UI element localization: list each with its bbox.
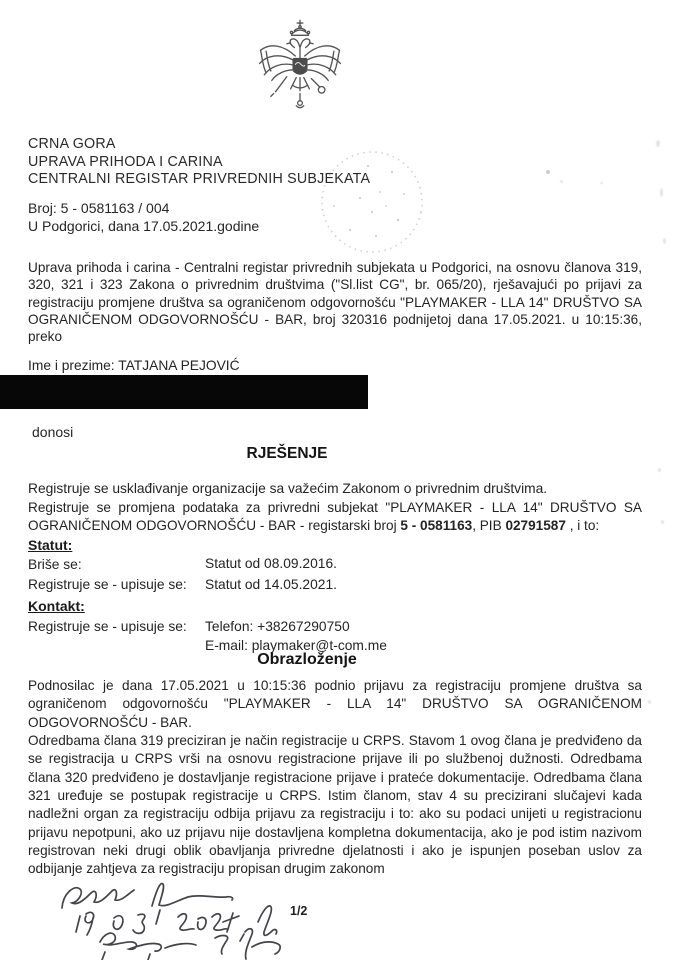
- obrazlozenje-paragraph-1: Podnosilac je dana 17.05.2021 u 10:15:36…: [28, 677, 642, 732]
- scan-speck: [560, 180, 563, 183]
- statut-row-label: Registruje se - upisuje se:: [28, 577, 187, 592]
- kontakt-phone-value: Telefon: +38267290750: [205, 619, 350, 634]
- submitter-name-line: Ime i prezime: TATJANA PEJOVIĆ: [28, 358, 240, 373]
- montenegro-coat-of-arms-icon: [253, 18, 347, 124]
- redaction-bar: [0, 375, 368, 409]
- scan-speck: [661, 520, 664, 524]
- decision-line2-seg: , i to:: [566, 518, 599, 533]
- statut-row: Registruje se - upisuje se: Statut od 14…: [28, 576, 628, 594]
- scan-speck: [656, 140, 660, 147]
- intro-paragraph: Uprava prihoda i carina - Centralni regi…: [28, 259, 642, 345]
- obrazlozenje-title: Obrazloženje: [0, 651, 614, 669]
- registry-number: 5 - 0581163: [400, 518, 472, 533]
- scan-speck: [600, 182, 603, 184]
- kontakt-heading: Kontakt:: [28, 598, 85, 614]
- scan-speck: [660, 188, 663, 197]
- decision-line2-seg: , PIB: [472, 518, 505, 533]
- kontakt-row-label: Registruje se - upisuje se:: [28, 619, 187, 634]
- document-page: CRNA GORA UPRAVA PRIHODA I CARINA CENTRA…: [0, 0, 679, 960]
- org-line-country: CRNA GORA: [28, 136, 370, 154]
- page-number: 1/2: [290, 904, 307, 918]
- decision-line2: Registruje se promjena podataka za privr…: [28, 499, 642, 535]
- donosi-word: donosi: [32, 424, 73, 442]
- obrazlozenje-paragraph-2: Odredbama člana 319 preciziran je način …: [28, 732, 642, 879]
- statut-row: Briše se: Statut od 08.09.2016.: [28, 556, 628, 574]
- pib-number: 02791587: [505, 518, 565, 533]
- case-number-line: Broj: 5 - 0581163 / 004: [28, 200, 169, 218]
- place-date-line: U Podgorici, dana 17.05.2021.godine: [28, 218, 259, 236]
- header-org-block: CRNA GORA UPRAVA PRIHODA I CARINA CENTRA…: [28, 136, 370, 189]
- scan-speck: [546, 170, 550, 174]
- statut-heading: Statut:: [28, 537, 72, 553]
- org-line-authority: UPRAVA PRIHODA I CARINA: [28, 154, 370, 172]
- org-line-registry: CENTRALNI REGISTAR PRIVREDNIH SUBJEKATA: [28, 171, 370, 189]
- statut-row-label: Briše se:: [28, 557, 82, 572]
- statut-row-value: Statut od 14.05.2021.: [205, 577, 337, 592]
- kontakt-row: Registruje se - upisuje se: Telefon: +38…: [28, 618, 628, 636]
- decision-title: RJEŠENJE: [0, 445, 574, 463]
- scan-speck: [663, 238, 666, 244]
- statut-row-value: Statut od 08.09.2016.: [205, 556, 337, 571]
- handwritten-signature-icon: [30, 872, 410, 960]
- scan-speck: [648, 700, 651, 704]
- scan-speck: [658, 468, 661, 472]
- decision-line1: Registruje se usklađivanje organizacije …: [28, 481, 547, 496]
